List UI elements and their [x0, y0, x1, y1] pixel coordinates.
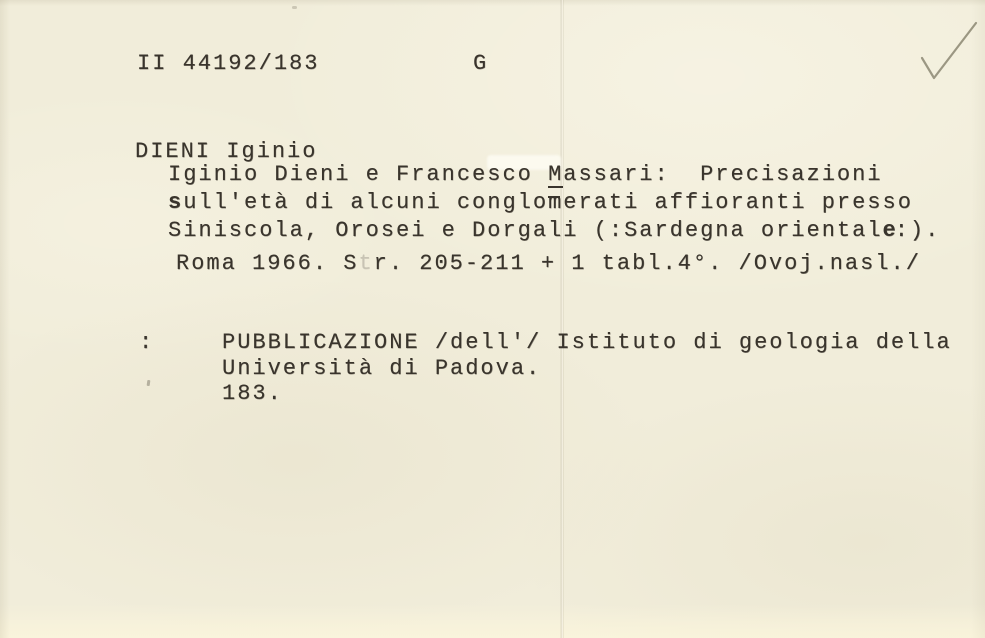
imprint-text: Roma 1966. S [176, 251, 358, 276]
title-line-3-text: Siniscola, Orosei e Dorgali (:Sardegna o… [168, 218, 883, 243]
title-line-3: Siniscola, Orosei e Dorgali (:Sardegna o… [168, 217, 940, 244]
note-marker: : [139, 329, 154, 356]
note-line-2: Università di Padova. [222, 355, 541, 382]
card-crease-line [560, 0, 564, 638]
title-line-1-text: Iginio Dieni e Francesco [168, 162, 548, 187]
imprint-line: Roma 1966. Str. 205-211 + 1 tabl.4°. /Ov… [176, 250, 921, 277]
erased-letter-t: t [358, 251, 373, 276]
note-line-1: PUBBLICAZIONE /dell'/ Istituto di geolog… [222, 329, 952, 356]
title-line-3-rest: :). [895, 218, 941, 243]
pencil-checkmark-icon [905, 15, 985, 90]
title-line-1-rest: assari: Precisazioni [563, 162, 882, 187]
call-number: II 44192/183 [137, 50, 319, 77]
catalog-card-scan: II 44192/183 G DIENI Iginio Iginio Dieni… [0, 0, 985, 638]
ink-speck [147, 380, 151, 386]
paper-speck [292, 6, 297, 9]
overlined-letter: m [548, 190, 563, 215]
title-line-1: Iginio Dieni e Francesco Massari: Precis… [168, 161, 883, 188]
imprint-rest: r. 205-211 + 1 tabl.4°. /Ovoj.nasl./ [374, 251, 921, 276]
section-letter: G [473, 50, 488, 77]
overstruck-letter: s [168, 190, 183, 215]
title-line-2-rest: erati affioranti presso [563, 190, 913, 215]
note-line-3: 183. [222, 380, 283, 407]
title-line-2: sull'età di alcuni conglomerati affioran… [168, 189, 913, 216]
underlined-letter: M [548, 164, 563, 188]
title-line-2-text: ull'età di alcuni conglo [183, 190, 548, 215]
